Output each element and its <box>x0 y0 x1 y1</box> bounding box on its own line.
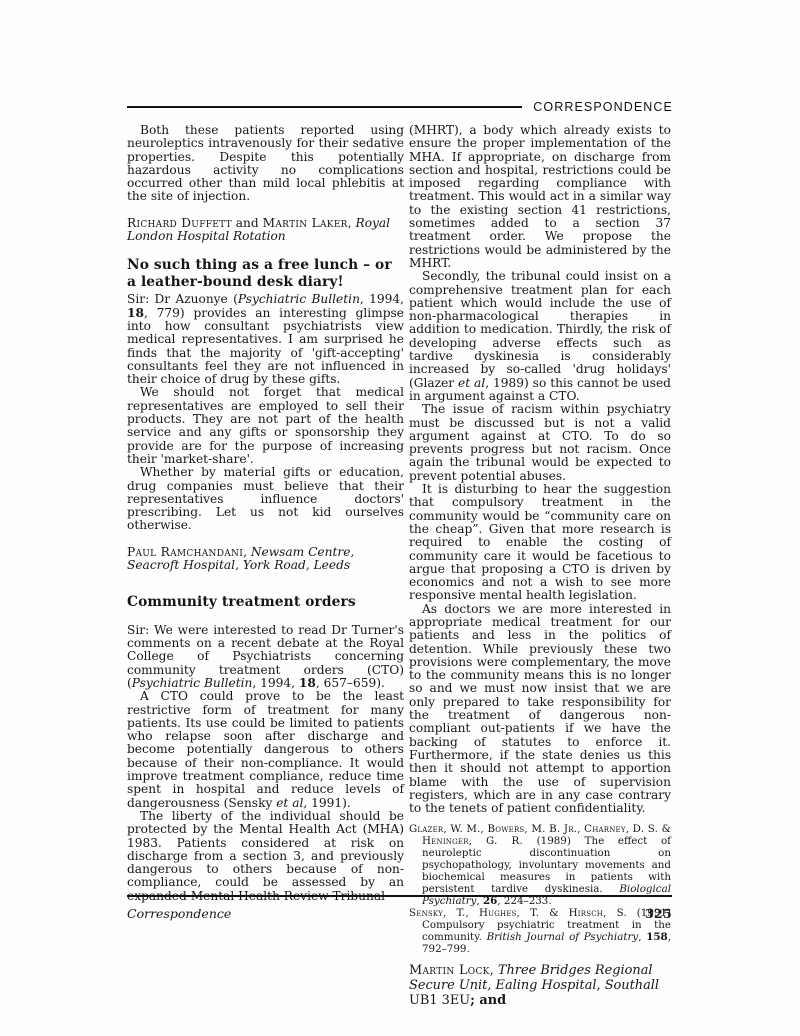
text-segment: A CTO could prove to be the least restri… <box>127 689 404 809</box>
signature-block: Martin Lock, Three Bridges Regional Secu… <box>409 964 671 1008</box>
right-column: (MHRT), a body which already exists to e… <box>409 124 671 1008</box>
text-segment: , 657–659). <box>316 676 385 690</box>
page-footer: Correspondence 325 <box>127 895 672 921</box>
running-head: CORRESPONDENCE <box>533 100 673 114</box>
left-column: Both these patients reported using neuro… <box>127 124 404 903</box>
signature-joiner: and <box>232 216 263 230</box>
et-al: et al <box>276 796 303 810</box>
letter-paragraph: Sir: We were interested to read Dr Turne… <box>127 624 404 690</box>
journal-title: British Journal of Psychiatry <box>487 931 639 943</box>
letter-paragraph: Sir: Dr Azuonye (Psychiatric Bulletin, 1… <box>127 293 404 386</box>
text-segment: , 1991). <box>303 796 350 810</box>
letter-heading-free-lunch: No such thing as a free lunch – or a lea… <box>127 257 404 290</box>
journal-title: Psychiatric Bulletin <box>132 676 253 690</box>
letter-paragraph: As doctors we are more interested in app… <box>409 603 671 816</box>
author-name: Martin Lock <box>409 963 490 978</box>
letter-heading-community-treatment-orders: Community treatment orders <box>127 594 404 611</box>
letter-paragraph: (MHRT), a body which already exists to e… <box>409 124 671 270</box>
text-segment: Secondly, the tribunal could insist on a… <box>409 269 671 389</box>
letter-paragraph: The issue of racism within psychiatry mu… <box>409 403 671 483</box>
signature-comma: , <box>348 216 356 230</box>
page-header: CORRESPONDENCE <box>127 100 673 114</box>
volume-number: 18 <box>127 306 144 320</box>
signature-block: Richard Duffett and Martin Laker, Royal … <box>127 217 404 244</box>
journal-page: CORRESPONDENCE Both these patients repor… <box>0 0 800 1036</box>
signature-tail: ; and <box>470 993 506 1008</box>
author-name: Martin Laker <box>263 216 348 230</box>
header-rule <box>127 106 522 109</box>
footer-row: Correspondence 325 <box>127 906 672 921</box>
et-al: et al <box>458 376 485 390</box>
letter-paragraph: Both these patients reported using neuro… <box>127 124 404 204</box>
text-segment: , 1994, <box>360 292 404 306</box>
footer-rule <box>127 895 672 897</box>
author-name: Richard Duffett <box>127 216 232 230</box>
footer-journal-title: Correspondence <box>127 906 231 921</box>
volume-number: 18 <box>299 676 316 690</box>
text-segment: , 1994, <box>252 676 299 690</box>
letter-paragraph: It is disturbing to hear the suggestion … <box>409 483 671 603</box>
letter-paragraph: The liberty of the individual should be … <box>127 810 404 903</box>
letter-paragraph: Secondly, the tribunal could insist on a… <box>409 270 671 403</box>
signature-comma: , <box>490 963 498 978</box>
letter-paragraph: Whether by material gifts or education, … <box>127 466 404 532</box>
signature-comma: , <box>243 545 251 559</box>
letter-paragraph: A CTO could prove to be the least restri… <box>127 690 404 810</box>
author-name: Paul Ramchandani <box>127 545 243 559</box>
letter-paragraph: We should not forget that medical repres… <box>127 386 404 466</box>
page-number: 325 <box>645 906 672 921</box>
reference-list: Glazer, W. M., Bowers, M. B. Jr., Charne… <box>409 824 671 955</box>
signature-block: Paul Ramchandani, Newsam Centre, Seacrof… <box>127 546 404 573</box>
volume-number: 158 <box>646 931 668 943</box>
text-segment: Sir: Dr Azuonye ( <box>127 292 238 306</box>
postcode: UB1 3EU <box>409 993 470 1008</box>
text-segment: , 779) provides an interesting glimpse i… <box>127 306 404 386</box>
journal-title: Psychiatric Bulletin <box>238 292 360 306</box>
